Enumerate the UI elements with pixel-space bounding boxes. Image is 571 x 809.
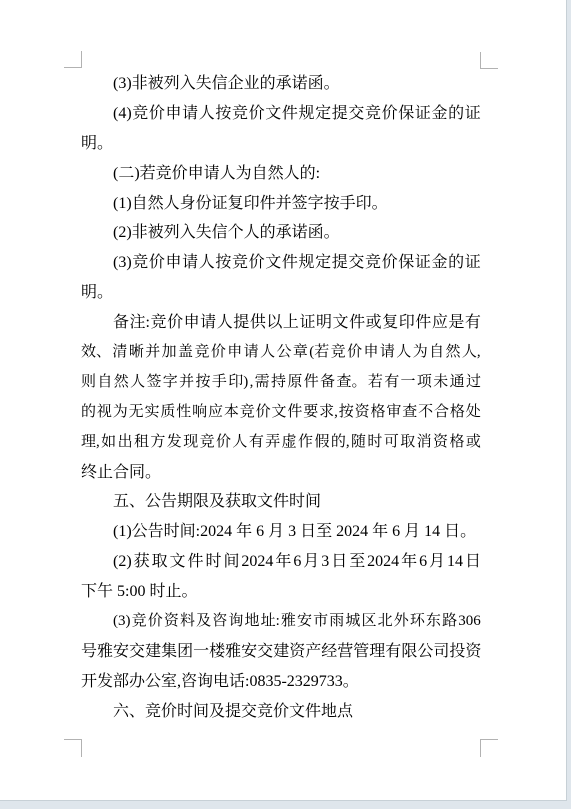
text-segment: 及 (196, 607, 211, 637)
text-segment: 一 (401, 368, 416, 398)
text-segment: 安 (241, 637, 257, 667)
text-segment: 不 (418, 398, 433, 428)
text-segment: 获 (134, 547, 150, 577)
text-segment: 竞 (194, 338, 209, 368)
text-segment: 理 (369, 637, 385, 667)
text-segment: 项 (417, 368, 432, 398)
text-segment: 租 (134, 428, 149, 458)
text-segment: 请 (380, 338, 395, 368)
text-segment: 价 (149, 99, 165, 129)
text-segment: 竞 (232, 248, 248, 278)
text-segment: 公 (417, 637, 433, 667)
text-segment: 文 (333, 308, 349, 338)
text-segment: 司 (433, 637, 449, 667)
text-segment: 为 (113, 398, 128, 428)
text-segment: 件 (188, 547, 204, 577)
text-segment: 章 (293, 338, 308, 368)
text-segment: 视 (97, 398, 112, 428)
text-segment: 件 (282, 99, 298, 129)
document-line: (2)获取文件时间2024年6月3日至2024年6月14日 (81, 547, 481, 577)
text-segment: 为 (413, 338, 428, 368)
text-segment: 按 (215, 248, 231, 278)
text-segment: 审 (386, 398, 401, 428)
text-segment: 有 (384, 368, 399, 398)
document-line: (1)自然人身份证复印件并签字按手印。 (81, 189, 481, 219)
text-segment: 原 (287, 368, 302, 398)
text-segment: 竞 (365, 248, 381, 278)
text-segment: 实 (145, 398, 160, 428)
document-line: (4)竞价申请人按竞价文件规定提交竞价保证金的证 (81, 99, 481, 129)
text-segment: 竞 (365, 99, 381, 129)
text-segment: 印) (228, 368, 248, 398)
text-segment: 竞 (240, 398, 255, 428)
text-segment: 或 (366, 308, 382, 338)
text-segment: 理, (81, 428, 100, 458)
text-segment: 价 (382, 248, 398, 278)
text-segment: 出 (118, 428, 133, 458)
text-segment: 需 (255, 368, 270, 398)
document-line: (3)非被列入失信企业的承诺函。 (81, 69, 481, 99)
text-segment: 保 (398, 99, 414, 129)
text-segment: 竞 (200, 428, 215, 458)
text-segment: 环 (410, 607, 425, 637)
text-segment: 市 (313, 607, 328, 637)
text-segment: 注: (130, 308, 150, 338)
text-segment: 虚 (282, 428, 297, 458)
text-segment: 价 (211, 338, 226, 368)
text-segment: 签 (146, 368, 161, 398)
text-segment: 取 (400, 428, 415, 458)
text-segment: 咨 (212, 607, 227, 637)
text-segment: 文 (265, 248, 281, 278)
text-segment: 响 (192, 398, 207, 428)
text-segment: 取 (152, 547, 168, 577)
text-segment: 有 (249, 428, 264, 458)
text-segment: 建 (145, 637, 161, 667)
text-segment: 6 (293, 547, 301, 577)
text-segment: (4) (113, 99, 132, 129)
text-segment: 号 (81, 637, 97, 667)
word-document-view: { "document": { "page_color": "#ffffff",… (0, 0, 571, 809)
document-page: (3)非被列入失信企业的承诺函。(4)竞价申请人按竞价文件规定提交竞价保证金的证… (0, 0, 567, 801)
text-segment: 申 (166, 248, 182, 278)
text-segment: 持 (271, 368, 286, 398)
document-line: 号雅安交建集团一楼雅安交建资产经营管理有限公司投资 (81, 637, 481, 667)
document-line: 备注:竞价申请人提供以上证明文件或复印件应是有 (81, 308, 481, 338)
text-segment: 价 (216, 428, 231, 458)
text-segment: 未 (433, 368, 448, 398)
text-segment: 无 (129, 398, 144, 428)
text-segment: 雅 (225, 637, 241, 667)
text-segment: 盖 (178, 338, 193, 368)
text-segment: 人 (396, 338, 411, 368)
text-segment: 建 (273, 637, 289, 667)
text-segment: 限 (401, 637, 417, 667)
document-line: (3)竞价申请人按竞价文件规定提交竞价保证金的证 (81, 248, 481, 278)
document-line: 六、竞价时间及提交竞价文件地点 (81, 697, 481, 727)
text-segment: 以 (266, 308, 282, 338)
text-segment: 有 (385, 637, 401, 667)
text-segment: 供 (250, 308, 266, 338)
text-segment: 资 (164, 607, 179, 637)
text-segment: 6 (419, 547, 427, 577)
text-segment: 交 (257, 637, 273, 667)
text-segment: 资 (465, 637, 481, 667)
text-segment: 假 (314, 428, 329, 458)
text-segment: 竞 (132, 607, 147, 637)
document-line: 下午 5:00 时止。 (81, 577, 481, 607)
text-segment: 竞 (132, 248, 148, 278)
text-segment: 合 (434, 398, 449, 428)
text-segment: 有 (465, 308, 481, 338)
text-segment: 申 (227, 338, 242, 368)
text-segment: 时 (205, 547, 221, 577)
text-segment: 自 (97, 368, 112, 398)
document-line: 明。 (81, 129, 481, 159)
text-segment: 文 (265, 99, 281, 129)
document-line: 五、公告期限及获取文件时间 (81, 487, 481, 517)
text-segment: 求, (319, 398, 338, 428)
text-segment: 申 (363, 338, 378, 368)
text-segment: 定 (315, 99, 331, 129)
document-line: 的视为无实质性响应本竞价文件要求,按资格审查不合格处 (81, 398, 481, 428)
text-segment: 保 (398, 248, 414, 278)
text-segment: 自 (429, 338, 444, 368)
text-segment: 效、 (81, 338, 111, 368)
text-segment: 资 (355, 398, 370, 428)
document-line: 终止合同。 (81, 458, 481, 488)
document-line: (二)若竞价申请人为自然人的: (81, 159, 481, 189)
text-segment: 人 (217, 308, 233, 338)
text-segment: 作 (298, 428, 313, 458)
text-segment: 晰 (129, 338, 144, 368)
text-segment: 价 (249, 248, 265, 278)
text-segment: 消 (417, 428, 432, 458)
text-segment: 管 (353, 637, 369, 667)
text-segment: 要 (303, 398, 318, 428)
text-segment: 竞 (232, 99, 248, 129)
document-line: (3)竞价资料及咨询地址:雅安市雨城区北外环东路306 (81, 607, 481, 637)
text-segment: 地 (244, 607, 259, 637)
text-segment: 询 (228, 607, 243, 637)
text-segment: 营 (337, 637, 353, 667)
text-segment: 竞 (151, 308, 167, 338)
text-segment: 雨 (329, 607, 344, 637)
text-segment: (若 (309, 338, 329, 368)
text-segment: 件 (304, 368, 319, 398)
text-segment: 请 (244, 338, 259, 368)
text-segment: 件 (287, 398, 302, 428)
margin-crop-mark-bottom-right (480, 739, 498, 757)
text-segment: 请 (200, 308, 216, 338)
text-segment: 证 (415, 99, 431, 129)
text-segment: 则 (81, 368, 96, 398)
text-segment: 资 (289, 637, 305, 667)
document-line: (1)公告时间:2024 年 6 月 3 日至 2024 年 6 月 14 日。 (81, 517, 481, 547)
document-body: (3)非被列入失信企业的承诺函。(4)竞价申请人按竞价文件规定提交竞价保证金的证… (81, 69, 481, 727)
text-segment: 交 (348, 248, 364, 278)
text-segment: 东 (426, 607, 441, 637)
text-segment: 提 (332, 99, 348, 129)
text-segment: 清 (112, 338, 127, 368)
text-segment: 规 (299, 99, 315, 129)
text-segment: 然 (446, 338, 461, 368)
text-segment: 印 (399, 308, 415, 338)
text-segment: 的 (448, 248, 464, 278)
text-segment: 北 (378, 607, 393, 637)
text-segment: 现 (183, 428, 198, 458)
text-segment: 明 (316, 308, 332, 338)
text-segment: 规 (299, 248, 315, 278)
text-segment: 投 (449, 637, 465, 667)
document-line: 明。 (81, 278, 481, 308)
text-segment: 备 (320, 368, 335, 398)
text-segment: 价 (347, 338, 362, 368)
text-segment: 资 (433, 428, 448, 458)
text-segment: 日 (331, 547, 347, 577)
text-segment: 交 (348, 99, 364, 129)
text-segment: 址: (261, 607, 280, 637)
text-segment: 团 (177, 637, 193, 667)
document-line: 则自然人签字并按手印),需持原件备查。若有一项未通过 (81, 368, 481, 398)
text-segment: 字 (163, 368, 178, 398)
text-segment: 按 (196, 368, 211, 398)
text-segment: 请 (182, 248, 198, 278)
text-segment: 可 (384, 428, 399, 458)
text-segment: 若 (368, 368, 383, 398)
text-segment: 公 (276, 338, 291, 368)
text-segment: 上 (283, 308, 299, 338)
text-segment: 人 (130, 368, 145, 398)
text-segment: 雅 (97, 637, 113, 667)
text-segment: 雅 (281, 607, 296, 637)
text-segment: 至 (349, 547, 365, 577)
text-segment: 年 (401, 547, 417, 577)
document-line: (2)非被列入失信个人的承诺函。 (81, 218, 481, 248)
text-segment: (3) (113, 248, 132, 278)
text-segment: 备 (113, 308, 129, 338)
text-segment: 按 (339, 398, 354, 428)
text-segment: 查 (402, 398, 417, 428)
text-segment: 2024 (367, 547, 399, 577)
text-segment: 安 (113, 637, 129, 667)
text-segment: 人 (199, 248, 215, 278)
text-segment: 提 (332, 248, 348, 278)
text-segment: 随 (351, 428, 366, 458)
document-line: 理,如出租方发现竞价人有弄虚作假的,随时可取消资格或 (81, 428, 481, 458)
margin-crop-mark-bottom-left (64, 739, 82, 757)
text-segment: 的, (331, 428, 350, 458)
text-segment: 应 (432, 308, 448, 338)
text-segment: 产 (305, 637, 321, 667)
text-segment: 安 (297, 607, 312, 637)
text-segment: 2024 (241, 547, 273, 577)
text-segment: 月 (429, 547, 445, 577)
text-segment: 外 (394, 607, 409, 637)
text-segment: 处 (466, 398, 481, 428)
text-segment: 性 (176, 398, 191, 428)
text-segment: 如 (101, 428, 116, 458)
text-segment: 3 (321, 547, 329, 577)
text-segment: 料 (180, 607, 195, 637)
text-segment: 人, (462, 338, 481, 368)
text-segment: 区 (362, 607, 377, 637)
text-segment: 价 (382, 99, 398, 129)
text-segment: 金 (432, 248, 448, 278)
text-segment: 价 (256, 398, 271, 428)
text-segment: 发 (167, 428, 182, 458)
margin-crop-mark-top-right (480, 52, 498, 69)
text-segment: 通 (450, 368, 465, 398)
text-segment: 弄 (265, 428, 280, 458)
text-segment: 证 (465, 248, 481, 278)
text-segment: 价 (167, 308, 183, 338)
text-segment: 楼 (209, 637, 225, 667)
text-segment: 应 (208, 398, 223, 428)
text-segment: 路 (442, 607, 457, 637)
text-segment: 本 (224, 398, 239, 428)
text-segment: 间 (223, 547, 239, 577)
text-segment: 月 (303, 547, 319, 577)
text-segment: 的 (81, 398, 96, 428)
text-segment: 格 (450, 398, 465, 428)
margin-crop-mark-top-left (64, 51, 82, 68)
text-segment: 并 (145, 338, 160, 368)
text-segment: 证 (299, 308, 315, 338)
text-segment: 集 (161, 637, 177, 667)
text-segment: 时 (367, 428, 382, 458)
text-segment: 并 (179, 368, 194, 398)
text-segment: 的 (448, 99, 464, 129)
text-segment: 查。 (336, 368, 366, 398)
text-segment: (3) (113, 607, 131, 637)
text-segment: 竞 (331, 338, 346, 368)
text-segment: (2) (113, 547, 132, 577)
document-line: 开发部办公室,咨询电话:0835-2329733。 (81, 667, 481, 697)
text-segment: 申 (184, 308, 200, 338)
text-segment: , (250, 368, 254, 398)
text-segment: 格 (449, 428, 464, 458)
text-segment: 件 (415, 308, 431, 338)
text-segment: 证 (415, 248, 431, 278)
text-segment: 件 (282, 248, 298, 278)
text-segment: 件 (349, 308, 365, 338)
text-segment: 然 (114, 368, 129, 398)
text-segment: 请 (182, 99, 198, 129)
text-segment: 文 (170, 547, 186, 577)
text-segment: 14 (447, 547, 463, 577)
text-segment: 或 (466, 428, 481, 458)
text-segment: 是 (448, 308, 464, 338)
text-segment: 格 (371, 398, 386, 428)
text-segment: 306 (458, 607, 481, 637)
text-segment: 证 (465, 99, 481, 129)
text-segment: 经 (321, 637, 337, 667)
text-segment: 日 (465, 547, 481, 577)
text-segment: 方 (150, 428, 165, 458)
text-segment: 过 (466, 368, 481, 398)
text-segment: 竞 (132, 99, 148, 129)
text-segment: 城 (345, 607, 360, 637)
text-segment: 人 (232, 428, 247, 458)
text-segment: 申 (166, 99, 182, 129)
text-segment: 提 (233, 308, 249, 338)
text-segment: 人 (199, 99, 215, 129)
text-segment: 一 (193, 637, 209, 667)
text-segment: 质 (160, 398, 175, 428)
text-segment: 金 (432, 99, 448, 129)
text-segment: 人 (260, 338, 275, 368)
text-segment: 价 (249, 99, 265, 129)
text-segment: 交 (129, 637, 145, 667)
text-segment: 价 (149, 248, 165, 278)
text-segment: 手 (212, 368, 227, 398)
text-segment: 价 (148, 607, 163, 637)
text-segment: 加 (162, 338, 177, 368)
text-segment: 文 (272, 398, 287, 428)
text-segment: 定 (315, 248, 331, 278)
text-segment: 复 (382, 308, 398, 338)
text-segment: 按 (215, 99, 231, 129)
document-line: 效、清晰并加盖竞价申请人公章(若竞价申请人为自然人, (81, 338, 481, 368)
text-segment: 年 (275, 547, 291, 577)
